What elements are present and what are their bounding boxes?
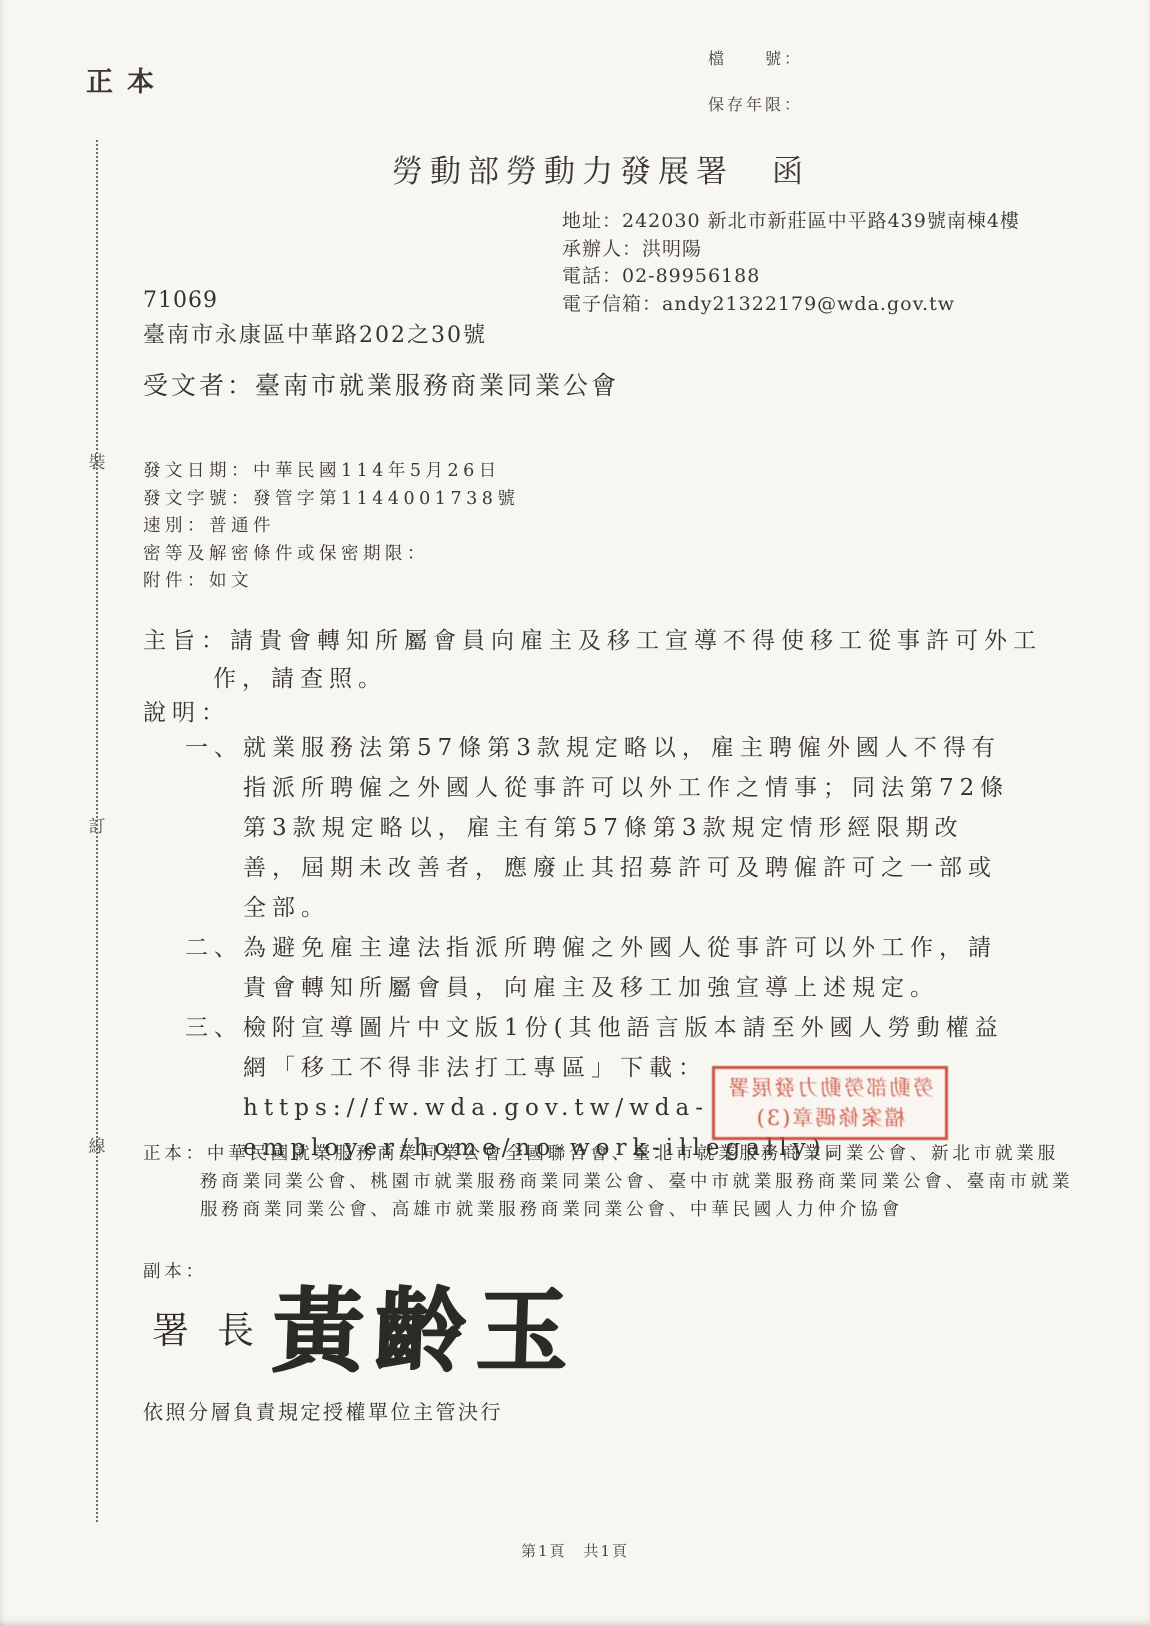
document-meta-block: 發文日期：中華民國114年5月26日 發文字號：發管字第1144001738號 …	[143, 458, 519, 596]
issue-date: 發文日期：中華民國114年5月26日	[143, 458, 519, 486]
item-number: 三、	[185, 1015, 243, 1041]
delegation-note: 依照分層負責規定授權單位主管決行	[143, 1396, 503, 1425]
original-label: 正本：	[143, 1144, 207, 1164]
sender-contact-block: 地址：242030 新北市新莊區中平路439號南棟4樓 承辦人：洪明陽 電話：0…	[562, 208, 1032, 318]
item-text: 為避免雇主違法指派所聘僱之外國人從事許可以外工作，請貴會轉知所屬會員，向雇主及移…	[243, 935, 997, 1001]
document-number: 發文字號：發管字第1144001738號	[143, 486, 519, 514]
sender-contact-person: 承辦人：洪明陽	[562, 236, 1032, 264]
explanation-label: 說明：	[143, 694, 230, 727]
sender-email: 電子信箱：andy21322179@wda.gov.tw	[562, 291, 1032, 319]
scanned-official-letter: 裝 訂 線 正本 檔 號： 保存年限： 勞動部勞動力發展署 函 地址：24203…	[0, 0, 1150, 1626]
sender-phone: 電話：02-89956188	[562, 263, 1032, 291]
copy-type-label: 正本	[86, 60, 168, 99]
item-number: 二、	[185, 935, 243, 961]
priority-level: 速別：普通件	[143, 513, 519, 541]
retention-period-label: 保存年限：	[708, 92, 803, 115]
item-number: 一、	[185, 735, 243, 761]
stamp-line-1: 勞動部勞動力發展署	[727, 1073, 934, 1103]
page-number: 第1頁 共1頁	[0, 1540, 1150, 1561]
file-number-label: 檔 號：	[708, 46, 803, 69]
stamp-line-2: 檔案條碼章(3)	[755, 1103, 906, 1133]
binding-char-xian: 線	[84, 1132, 110, 1157]
signer-title: 署長	[152, 1300, 282, 1354]
security-classification: 密等及解密條件或保密期限：	[143, 541, 519, 569]
explanation-item-1: 一、就業服務法第57條第3款規定略以，雇主聘僱外國人不得有指派所聘僱之外國人從事…	[185, 728, 1017, 928]
recipient-address: 臺南市永康區中華路202之30號	[143, 318, 487, 349]
recipient-name: 受文者：臺南市就業服務商業同業公會	[143, 366, 809, 406]
attachment-note: 附件：如文	[143, 568, 519, 596]
recipient-postal-code: 71069	[143, 288, 218, 313]
item-text: 就業服務法第57條第3款規定略以，雇主聘僱外國人不得有指派所聘僱之外國人從事許可…	[243, 735, 1009, 921]
original-list: 中華民國就業服務商業同業公會全國聯合會、臺北市就業服務商業同業公會、新北市就業服…	[200, 1144, 1073, 1220]
binding-char-zhuang: 裝	[84, 448, 110, 473]
original-distribution: 正本：中華民國就業服務商業同業公會全國聯合會、臺北市就業服務商業同業公會、新北市…	[143, 1140, 1080, 1224]
explanation-item-2: 二、為避免雇主違法指派所聘僱之外國人從事許可以外工作，請貴會轉知所屬會員，向雇主…	[185, 928, 1017, 1008]
sender-address: 地址：242030 新北市新莊區中平路439號南棟4樓	[562, 208, 1040, 236]
red-office-stamp: 勞動部勞動力發展署 檔案條碼章(3)	[712, 1066, 948, 1140]
copy-distribution-label: 副本：	[143, 1258, 207, 1283]
signer-name-calligraphy: 黃齡玉	[270, 1258, 581, 1390]
subject-line: 主旨：請貴會轉知所屬會員向雇主及移工宣導不得使移工從事許可外工作，請查照。	[143, 622, 1093, 698]
binding-char-ding: 訂	[84, 812, 110, 837]
document-title: 勞動部勞動力發展署 函	[26, 146, 1150, 191]
subject-label: 主旨：	[143, 628, 230, 654]
subject-text: 請貴會轉知所屬會員向雇主及移工宣導不得使移工從事許可外工作，請查照。	[213, 628, 1042, 692]
